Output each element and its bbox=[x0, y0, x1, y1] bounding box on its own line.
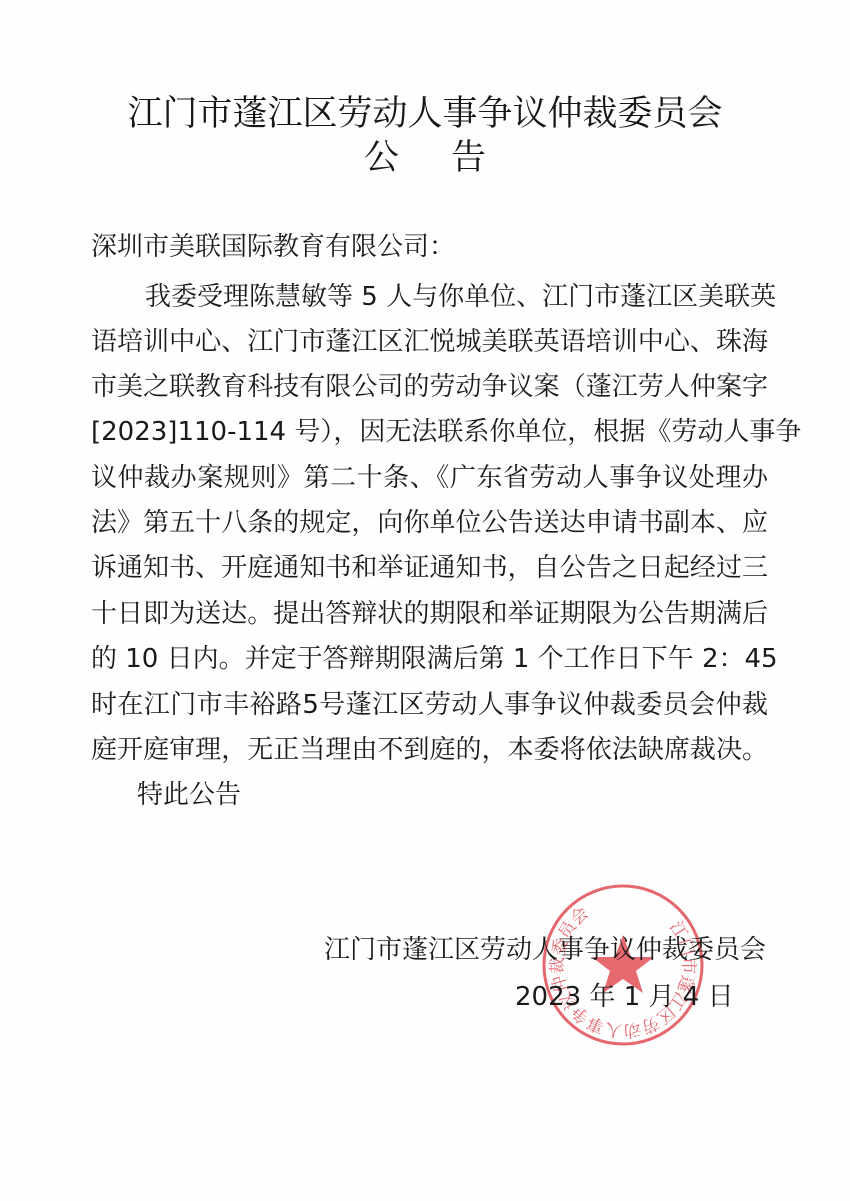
addressee: 深圳市美联国际教育有限公司： bbox=[91, 225, 768, 270]
signature-date: 2023 年 1 月 4 日 bbox=[515, 975, 734, 1020]
body-line: 我委受理陈慧敏等 5 人与你单位、江门市蓬江区美联英 bbox=[145, 275, 768, 320]
closing-text: 特此公告 bbox=[137, 773, 760, 818]
document-title: 江门市蓬江区劳动人事争议仲裁委员会 bbox=[0, 92, 850, 136]
document-page: 江门市蓬江区劳动人事争议仲裁委员会 公告 深圳市美联国际教育有限公司： 我委受理… bbox=[0, 0, 850, 1201]
body-line: 法》第五十八条的规定，向你单位公告送达申请书副本、应 bbox=[91, 501, 768, 546]
body-line: [2023]110-114 号），因无法联系你单位，根据《劳动人事争 bbox=[91, 410, 768, 455]
signature-organization: 江门市蓬江区劳动人事争议仲裁委员会 bbox=[324, 928, 766, 973]
body-line: 时在江门市丰裕路5号蓬江区劳动人事争议仲裁委员会仲裁 bbox=[91, 683, 768, 728]
document-subtitle: 公告 bbox=[0, 136, 850, 180]
body-line: 议仲裁办案规则》第二十条、《广东省劳动人事争议处理办 bbox=[91, 456, 768, 501]
body-line: 语培训中心、江门市蓬江区汇悦城美联英语培训中心、珠海 bbox=[91, 320, 768, 365]
body-line: 的 10 日内。并定于答辩期限满后第 1 个工作日下午 2：45 bbox=[91, 637, 768, 682]
body-line: 庭开庭审理，无正当理由不到庭的，本委将依法缺席裁决。 bbox=[91, 728, 768, 773]
body-line: 市美之联教育科技有限公司的劳动争议案（蓬江劳人仲案字 bbox=[91, 365, 768, 410]
body-line: 十日即为送达。提出答辩状的期限和举证期限为公告期满后 bbox=[91, 592, 768, 637]
body-line: 诉通知书、开庭通知书和举证通知书，自公告之日起经过三 bbox=[91, 546, 768, 591]
